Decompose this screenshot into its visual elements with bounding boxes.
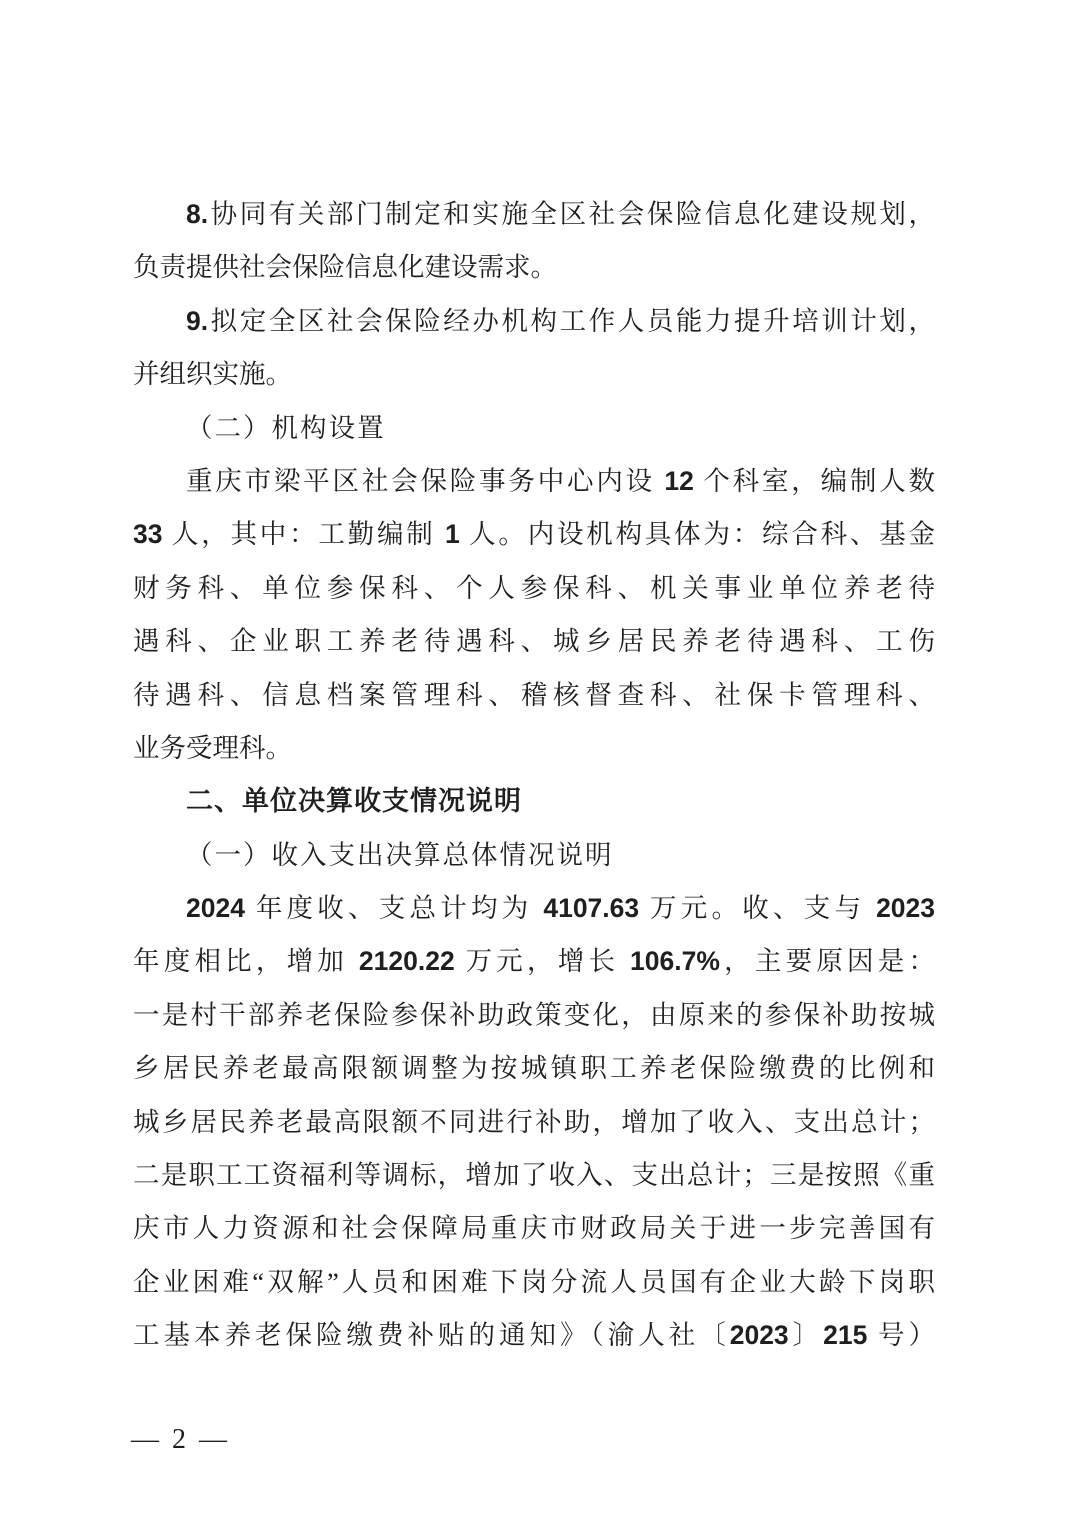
numeric-value: 1 [445, 519, 460, 549]
body-line: 企业困难“双解”人员和困难下岗分流人员国有企业大龄下岗职 [133, 1256, 935, 1309]
numeric-value: 8. [186, 199, 208, 229]
numeric-value: 2023 [730, 1320, 789, 1350]
numeric-value: 4107.63 [543, 893, 639, 923]
body-line: 负责提供社会保险信息化建设需求。 [133, 241, 935, 294]
body-line: 财务科、单位参保科、个人参保科、机关事业单位养老待 [133, 562, 935, 615]
body-line: 二是职工工资福利等调标，增加了收入、支出总计；三是按照《重 [133, 1149, 935, 1202]
body-line: 9.拟定全区社会保险经办机构工作人员能力提升培训计划， [133, 295, 935, 348]
body-line: 待遇科、信息档案管理科、稽核督查科、社保卡管理科、 [133, 669, 935, 722]
document-page: 8.协同有关部门制定和实施全区社会保险信息化建设规划， 负责提供社会保险信息化建… [0, 0, 1069, 1515]
numeric-value: 2023 [876, 893, 935, 923]
body-line: 8.协同有关部门制定和实施全区社会保险信息化建设规划， [133, 188, 935, 241]
document-body: 8.协同有关部门制定和实施全区社会保险信息化建设规划， 负责提供社会保险信息化建… [133, 188, 935, 1363]
numeric-value: 33 [133, 519, 162, 549]
body-line: 一是村干部养老保险参保补助政策变化，由原来的参保补助按城 [133, 989, 935, 1042]
body-line: 庆市人力资源和社会保障局重庆市财政局关于进一步完善国有 [133, 1202, 935, 1255]
section-heading-org-setup: （二）机构设置 [133, 402, 935, 455]
subsection-heading-income-expense-overview: （一）收入支出决算总体情况说明 [133, 829, 935, 882]
section-heading-budget-explanation: 二、单位决算收支情况说明 [133, 775, 935, 828]
body-line: 乡居民养老最高限额调整为按城镇职工养老保险缴费的比例和 [133, 1042, 935, 1095]
body-line: 并组织实施。 [133, 348, 935, 401]
body-line: 遇科、企业职工养老待遇科、城乡居民养老待遇科、工伤 [133, 615, 935, 668]
numeric-value: 215 [823, 1320, 867, 1350]
body-line: 2024 年度收、支总计均为 4107.63 万元。收、支与 2023 [133, 882, 935, 935]
body-line: 33 人，其中：工勤编制 1 人。内设机构具体为：综合科、基金 [133, 508, 935, 561]
numeric-value: 2120.22 [359, 946, 455, 976]
body-line: 年度相比，增加 2120.22 万元，增长 106.7%，主要原因是： [133, 935, 935, 988]
body-line: 业务受理科。 [133, 722, 935, 775]
page-number: — 2 — [131, 1424, 230, 1456]
body-line: 城乡居民养老最高限额不同进行补助，增加了收入、支出总计； [133, 1096, 935, 1149]
numeric-value: 12 [664, 466, 693, 496]
body-line: 重庆市梁平区社会保险事务中心内设 12 个科室，编制人数 [133, 455, 935, 508]
body-line: 工基本养老保险缴费补贴的通知》（渝人社〔2023〕215 号） [133, 1309, 935, 1362]
numeric-value: 2024 [186, 893, 245, 923]
numeric-value: 106.7% [630, 946, 720, 976]
numeric-value: 9. [186, 306, 208, 336]
